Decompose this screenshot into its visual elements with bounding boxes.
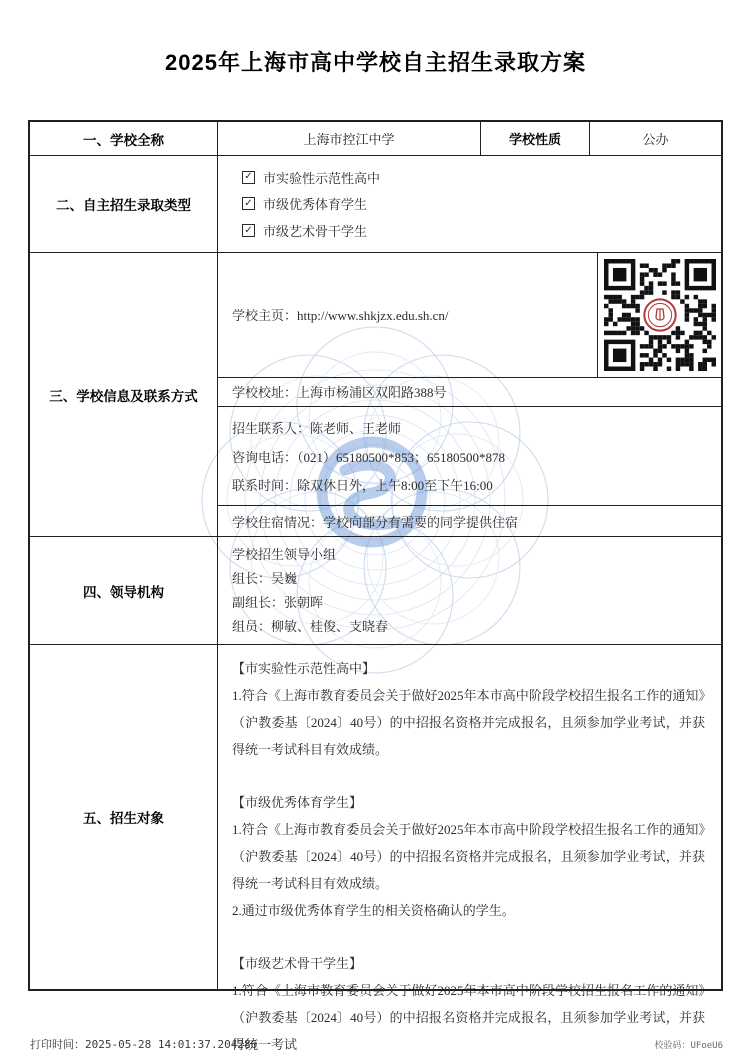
- school-address: 学校校址：上海市杨浦区双阳路388号: [218, 378, 721, 408]
- row4-label: 四、领导机构: [30, 537, 218, 644]
- admission-plan-table: 一、学校全称 上海市控江中学 学校性质 公办 二、自主招生录取类型 ✓ 市实验性…: [28, 120, 723, 991]
- contact-person: 招生联系人：陈老师、王老师: [232, 418, 721, 437]
- school-homepage: 学校主页：http://www.shkjzx.edu.sh.cn/: [218, 253, 597, 377]
- row-enrollment-types: 二、自主招生录取类型 ✓ 市实验性示范性高中 ✓ 市级优秀体育学生 ✓ 市级艺术…: [30, 156, 721, 253]
- contact-subrow: 招生联系人：陈老师、王老师 咨询电话：（021）65180500*853；651…: [218, 407, 721, 506]
- contact-hours: 联系时间：除双休日外，上午8:00至下午16:00: [232, 475, 721, 494]
- row-school-info: 三、学校信息及联系方式 学校主页：http://www.shkjzx.edu.s…: [30, 253, 721, 537]
- row1-label: 一、学校全称: [30, 122, 218, 155]
- qr-code-image: [604, 259, 716, 371]
- checked-checkbox-icon: ✓: [242, 224, 255, 237]
- school-nature-value: 公办: [590, 122, 721, 155]
- row5-label: 五、招生对象: [30, 645, 218, 989]
- print-timestamp: 打印时间：2025-05-28 14:01:37.204286: [30, 1036, 257, 1052]
- document-page: 2025年上海市高中学校自主招生录取方案 一、学校全称 上海市控江中学 学校性质…: [0, 0, 751, 1063]
- leadership-group-title: 学校招生领导小组: [232, 543, 707, 567]
- checksum-code: 校验码：UFoeU6: [654, 1038, 723, 1051]
- enrollment-type-option: ✓ 市级优秀体育学生: [242, 194, 721, 213]
- option-label: 市级艺术骨干学生: [263, 221, 367, 240]
- row-leadership: 四、领导机构 学校招生领导小组 组长：吴巍 副组长：张朝晖 组员：柳敏、桂俊、支…: [30, 537, 721, 645]
- option-label: 市实验性示范性高中: [263, 168, 380, 187]
- school-nature-label: 学校性质: [481, 122, 590, 155]
- row2-label: 二、自主招生录取类型: [30, 156, 218, 252]
- qr-code-cell: [597, 253, 721, 377]
- leadership-deputy: 副组长：张朝晖: [232, 591, 707, 615]
- dormitory-info: 学校住宿情况：学校向部分有需要的同学提供住宿: [218, 506, 721, 536]
- target-group: 【市级优秀体育学生】 1.符合《上海市教育委员会关于做好2025年本市高中阶段学…: [232, 789, 705, 924]
- homepage-subrow: 学校主页：http://www.shkjzx.edu.sh.cn/: [218, 253, 721, 378]
- group-header: 【市级优秀体育学生】: [232, 789, 705, 816]
- target-group: 【市实验性示范性高中】 1.符合《上海市教育委员会关于做好2025年本市高中阶段…: [232, 655, 705, 763]
- target-group: 【市级艺术骨干学生】 1.符合《上海市教育委员会关于做好2025年本市高中阶段学…: [232, 950, 705, 1058]
- group-item: 1.符合《上海市教育委员会关于做好2025年本市高中阶段学校招生报名工作的通知》…: [232, 977, 705, 1058]
- leadership-members: 组员：柳敏、桂俊、支晓春: [232, 615, 707, 639]
- option-label: 市级优秀体育学生: [263, 194, 367, 213]
- contact-phone: 咨询电话：（021）65180500*853；65180500*878: [232, 447, 721, 466]
- row3-label: 三、学校信息及联系方式: [30, 253, 218, 536]
- group-item: 1.符合《上海市教育委员会关于做好2025年本市高中阶段学校招生报名工作的通知》…: [232, 816, 705, 897]
- checked-checkbox-icon: ✓: [242, 197, 255, 210]
- group-header: 【市级艺术骨干学生】: [232, 950, 705, 977]
- row-target-students: 五、招生对象 【市实验性示范性高中】 1.符合《上海市教育委员会关于做好2025…: [30, 645, 721, 989]
- group-header: 【市实验性示范性高中】: [232, 655, 705, 682]
- enrollment-type-option: ✓ 市实验性示范性高中: [242, 168, 721, 187]
- checked-checkbox-icon: ✓: [242, 171, 255, 184]
- page-title: 2025年上海市高中学校自主招生录取方案: [0, 46, 751, 77]
- group-item: 1.符合《上海市教育委员会关于做好2025年本市高中阶段学校招生报名工作的通知》…: [232, 682, 705, 763]
- leadership-leader: 组长：吴巍: [232, 567, 707, 591]
- school-name-value: 上海市控江中学: [218, 122, 481, 155]
- row-school-name: 一、学校全称 上海市控江中学 学校性质 公办: [30, 122, 721, 156]
- group-item: 2.通过市级优秀体育学生的相关资格确认的学生。: [232, 897, 705, 924]
- enrollment-type-option: ✓ 市级艺术骨干学生: [242, 221, 721, 240]
